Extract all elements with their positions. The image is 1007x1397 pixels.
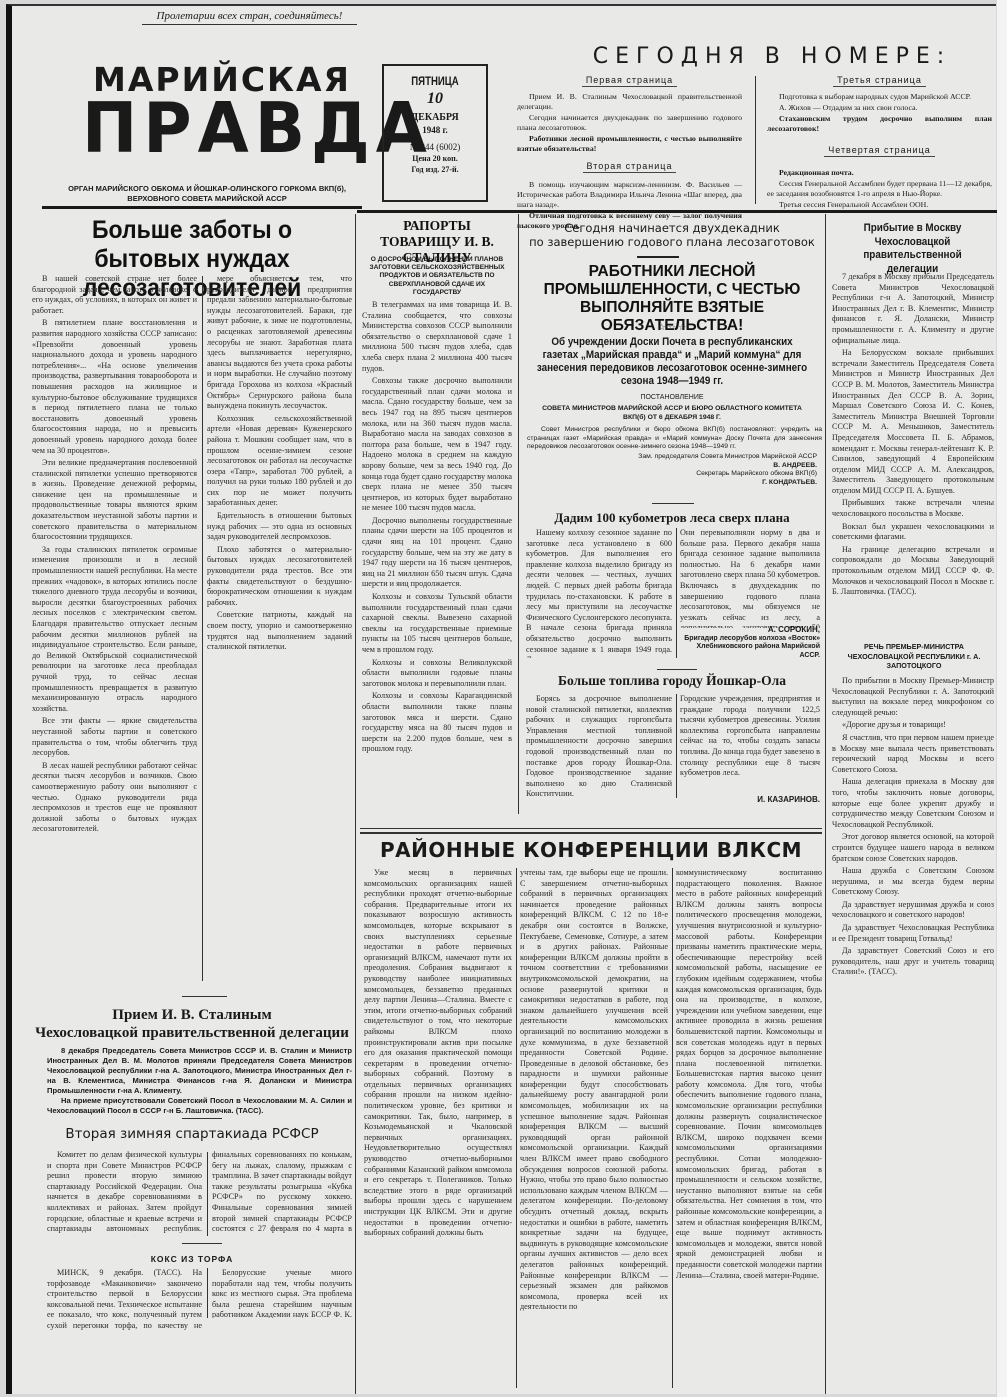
reports-subhead: О ДОСРОЧНОМ ВЫПОЛНЕНИИ ПЛАНОВ ЗАГОТОВКИ … bbox=[364, 256, 510, 297]
toc-page4-heading: Четвертая страница bbox=[824, 145, 935, 157]
komsomol-col3: коммунистическому воспитанию подрастающе… bbox=[676, 868, 822, 1338]
toc-page1-items: Прием И. В. Сталиным Чехословацкой прави… bbox=[517, 92, 742, 154]
reception-headline: Прием И. В. Сталиным Чехословацкой прави… bbox=[32, 1006, 352, 1042]
paper-name-line2: ПРАВДА bbox=[82, 94, 362, 163]
contents-title: СЕГОДНЯ В НОМЕРЕ: bbox=[582, 44, 962, 69]
komsomol-rule-top2 bbox=[360, 832, 822, 834]
editorial-col2: мере объясняется тем, что руководители д… bbox=[207, 274, 352, 974]
timber-col1: Нашему колхозу сезонное задание по загот… bbox=[526, 528, 672, 658]
price: Цена 20 коп. bbox=[384, 154, 486, 163]
reports-body: В телеграммах на имя товарища И. В. Стал… bbox=[362, 300, 512, 812]
publisher-organ: ОРГАН МАРИЙСКОГО ОБКОМА И ЙОШКАР-ОЛИНСКО… bbox=[52, 184, 362, 204]
decree-signatures: Зам. председателя Совета Министров Марий… bbox=[527, 453, 817, 487]
komsomol-divider-2 bbox=[672, 868, 673, 1388]
komsomol-col1: Уже месяц в первичных комсомольских орга… bbox=[364, 868, 512, 1388]
coke-col1: МИНСК, 9 декабря. (ТАСС). На торфозаводе… bbox=[47, 1268, 202, 1330]
decree-text: Совет Министров республики и бюро обкома… bbox=[527, 426, 822, 452]
toc-page4-items: Редакционная почта. Сессия Генеральной А… bbox=[767, 168, 992, 210]
masthead-rule bbox=[42, 206, 362, 209]
contents-divider bbox=[755, 76, 756, 204]
timber-divider bbox=[676, 528, 677, 658]
spartakiad-col2: финальных соревнованиях по конькам, бегу… bbox=[212, 1150, 352, 1236]
fuel-divider bbox=[676, 694, 677, 798]
toc-page3-items: Подготовка к выборам народных судов Мари… bbox=[767, 92, 992, 134]
spartakiad-headline: Вторая зимняя спартакиада РСФСР bbox=[32, 1126, 352, 1142]
fuel-rule bbox=[657, 669, 697, 670]
komsomol-divider-1 bbox=[516, 868, 517, 1388]
lead-kicker: Сегодня начинается двухдекадник по завер… bbox=[522, 221, 822, 249]
day: 10 bbox=[384, 90, 486, 108]
scan-margin bbox=[997, 0, 1007, 1397]
contents-right: Третья страница Подготовка к выборам нар… bbox=[767, 70, 992, 211]
decree-body-head: СОВЕТА МИНИСТРОВ МАРИЙСКОЙ АССР И БЮРО О… bbox=[532, 404, 812, 422]
fuel-col1: Борясь за досрочное выполнение новой ста… bbox=[526, 694, 672, 796]
contents-left: Первая страница Прием И. В. Сталиным Чех… bbox=[517, 70, 742, 232]
speech-headline: РЕЧЬ ПРЕМЬЕР-МИНИСТРА ЧЕХОСЛОВАЦКОЙ РЕСП… bbox=[834, 642, 994, 671]
coke-col2: Белорусские ученые много поработали над … bbox=[212, 1268, 352, 1318]
arrival-headline: Прибытие в Москву Чехословацкой правител… bbox=[838, 222, 987, 276]
arrival-body: 7 декабря в Москву прибыли Председатель … bbox=[832, 272, 994, 637]
lead-stars: ☆ ☆ ☆ bbox=[522, 322, 822, 333]
reports-divider bbox=[518, 214, 519, 814]
decree-title: Об учреждении Доски Почета в республикан… bbox=[533, 336, 812, 388]
weekday: ПЯТНИЦА bbox=[394, 74, 476, 88]
date-box: ПЯТНИЦА 10 ДЕКАБРЯ 1948 г. № 244 (6002) … bbox=[382, 64, 488, 202]
ornament-divider-3 bbox=[182, 1243, 222, 1244]
issue-number: № 244 (6002) bbox=[384, 142, 486, 152]
editorial-col1: В нашей советской стране нет более благо… bbox=[32, 274, 197, 974]
ornament-divider-2 bbox=[182, 1118, 222, 1119]
speech-body: По прибытии в Москву Премьер-Министр Чех… bbox=[832, 676, 994, 1296]
publication-year: Год изд. 27-й. bbox=[384, 165, 486, 174]
spartakiad-divider bbox=[207, 1152, 208, 1236]
coke-headline: КОКС ИЗ ТОРФА bbox=[32, 1254, 352, 1264]
year: 1948 г. bbox=[384, 125, 486, 135]
komsomol-headline: РАЙОННЫЕ КОНФЕРЕНЦИИ ВЛКСМ bbox=[360, 838, 822, 862]
timber-headline: Дадим 100 кубометров леса сверх плана bbox=[522, 510, 822, 526]
month: ДЕКАБРЯ bbox=[384, 112, 486, 123]
newspaper-page: Пролетарии всех стран, соединяйтесь! МАР… bbox=[6, 4, 996, 1394]
right-column-divider bbox=[825, 214, 826, 1394]
editorial-col-divider bbox=[202, 276, 203, 981]
reception-text: 8 декабря Председатель Совета Министров … bbox=[47, 1046, 352, 1116]
timber-author: А. СОРОКИН, Бригадир лесорубов колхоза «… bbox=[680, 626, 820, 660]
coke-divider bbox=[207, 1268, 208, 1318]
komsomol-col2: учтены там, где выборы еще не прошли. С … bbox=[520, 868, 668, 1388]
lead-rule bbox=[637, 256, 679, 258]
fuel-col2: Городские учреждения, предприятия и граж… bbox=[680, 694, 820, 784]
top-rule bbox=[357, 210, 997, 213]
decree-label: ПОСТАНОВЛЕНИЕ bbox=[522, 394, 822, 401]
toc-page1-heading: Первая страница bbox=[582, 75, 677, 87]
fuel-author: И. КАЗАРИНОВ. bbox=[680, 795, 820, 804]
slogan: Пролетарии всех стран, соединяйтесь! bbox=[142, 10, 357, 25]
spartakiad-col1: Комитет по делам физической культуры и с… bbox=[47, 1150, 202, 1236]
left-column-divider bbox=[355, 214, 356, 1394]
fuel-headline: Больше топлива городу Йошкар-Ола bbox=[522, 673, 822, 689]
ornament-divider bbox=[182, 996, 227, 997]
toc-page2-heading: Вторая страница bbox=[583, 161, 677, 173]
timber-col2: Они перевыполняли норму в два и больше р… bbox=[680, 528, 820, 628]
timber-rule bbox=[652, 503, 694, 504]
toc-page3-heading: Третья страница bbox=[833, 75, 926, 87]
komsomol-rule-top bbox=[360, 828, 822, 829]
